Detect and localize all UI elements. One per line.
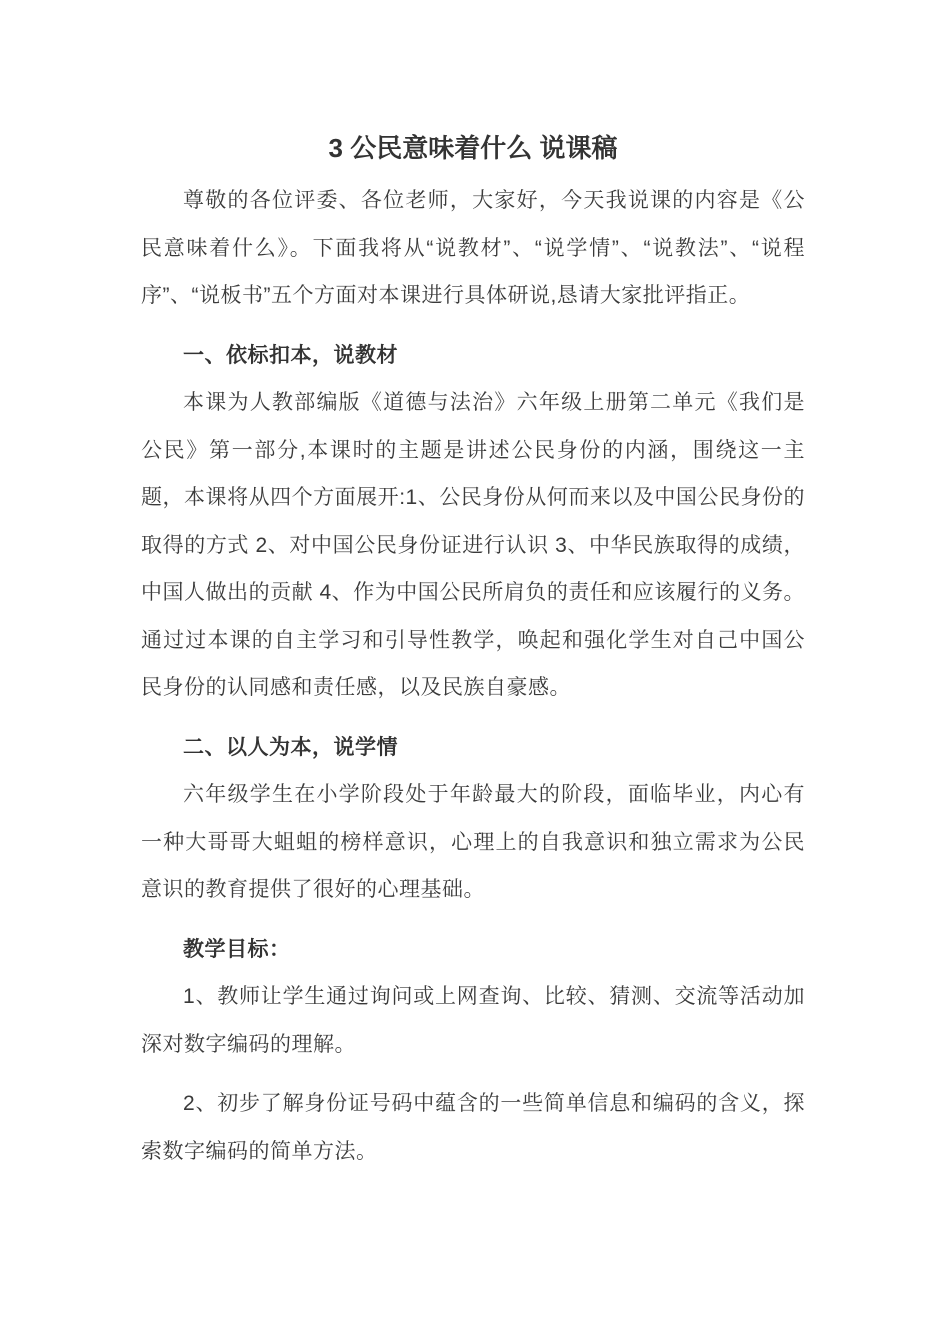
paragraph-goal-1: 1、教师让学生通过询问或上网查询、比较、猜测、交流等活动加深对数字编码的理解。 xyxy=(141,973,805,1068)
heading-section-2-learners: 二、以人为本，说学情 xyxy=(141,724,805,772)
paragraph-intro: 尊敬的各位评委、各位老师，大家好，今天我说课的内容是《公民意味着什么》。下面我将… xyxy=(141,177,805,320)
heading-section-1-textbook: 一、依标扣本，说教材 xyxy=(141,332,805,380)
paragraph-goal-2: 2、初步了解身份证号码中蕴含的一些简单信息和编码的含义，探索数字编码的简单方法。 xyxy=(141,1080,805,1175)
paragraph-learner-analysis: 六年级学生在小学阶段处于年龄最大的阶段，面临毕业，内心有一种大哥哥大蛆蛆的榜样意… xyxy=(141,771,805,914)
heading-teaching-goals: 教学目标： xyxy=(141,926,805,974)
paragraph-textbook-analysis: 本课为人教部编版《道德与法治》六年级上册第二单元《我们是公民》第一部分,本课时的… xyxy=(141,379,805,712)
document-page: 3 公民意味着什么 说课稿 尊敬的各位评委、各位老师，大家好，今天我说课的内容是… xyxy=(0,0,950,1344)
document-title: 3 公民意味着什么 说课稿 xyxy=(141,131,805,165)
